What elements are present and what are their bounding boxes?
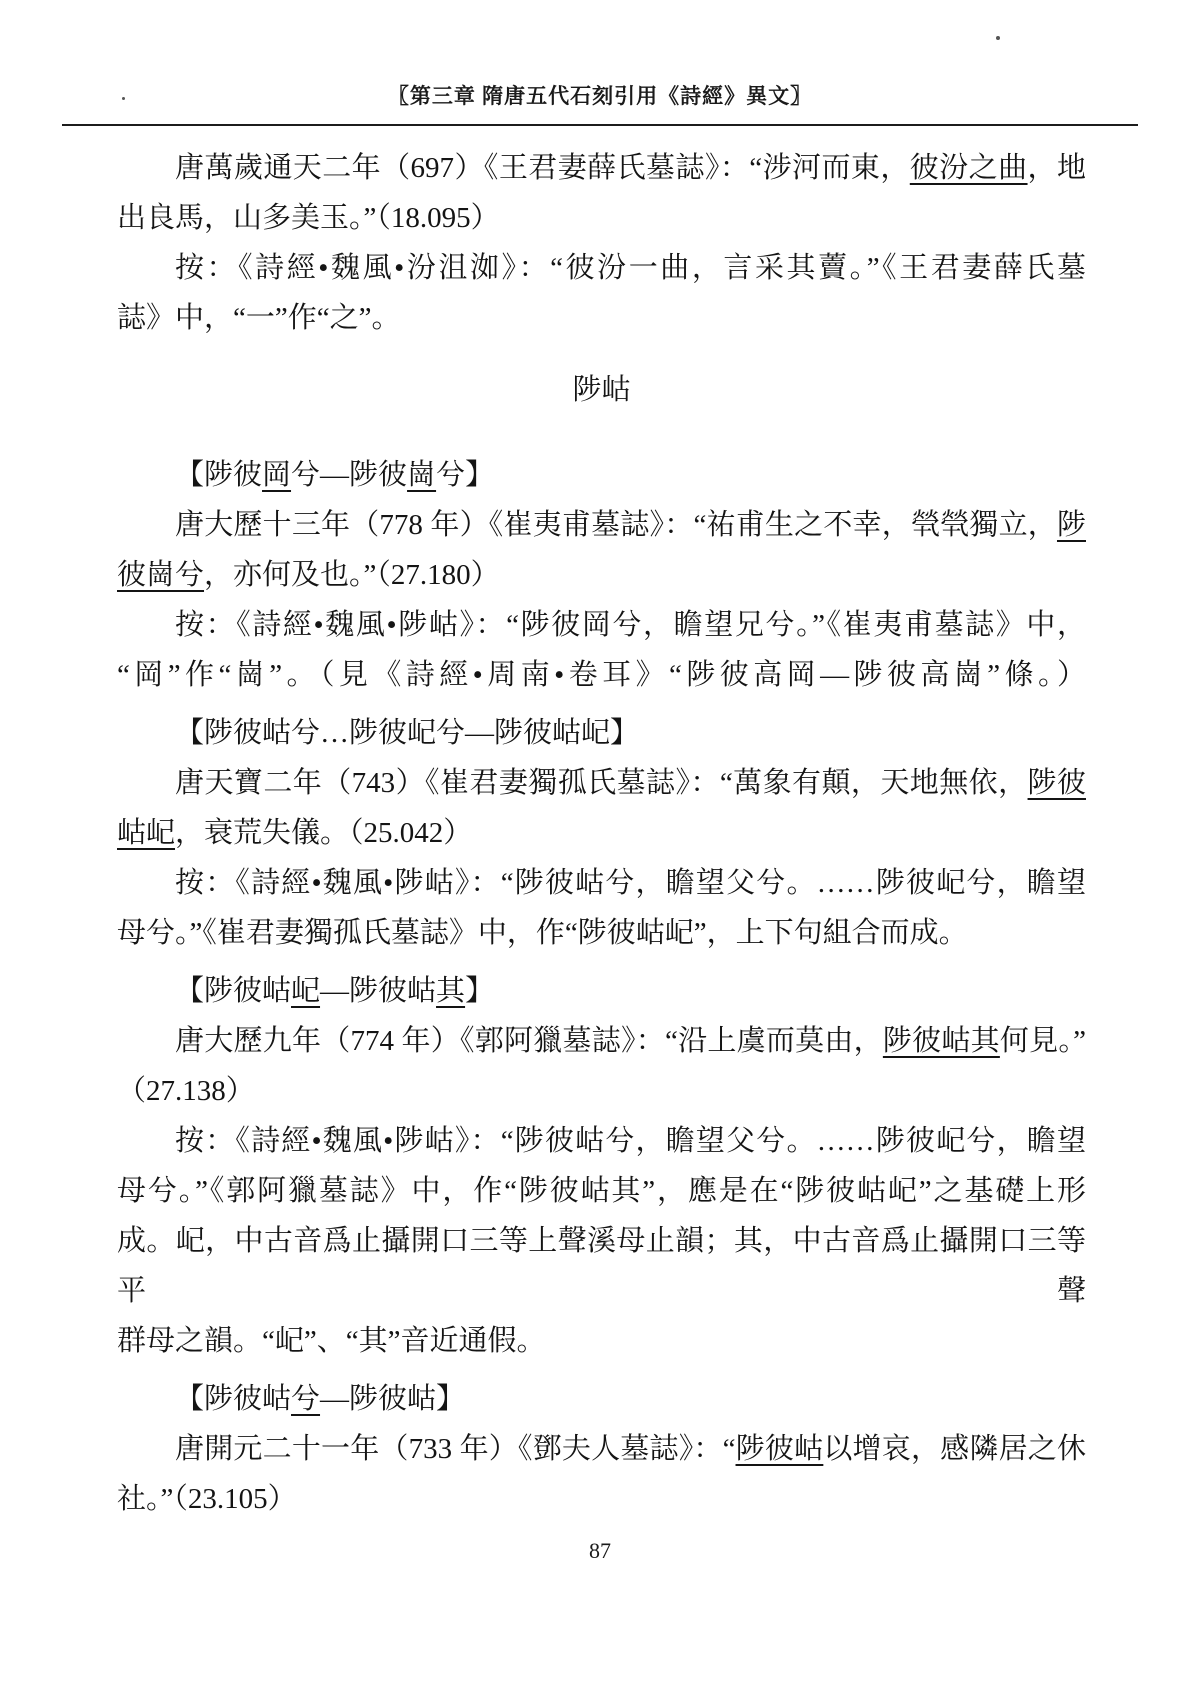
variant-heading: 【陟彼岡兮—陟彼崗兮】 <box>117 450 1086 500</box>
text-line: 彼崗兮，亦何及也。”（27.180） <box>117 550 1086 600</box>
scan-speck <box>996 36 1000 40</box>
text-segment: ，衰荒失儀。（25.042） <box>175 817 472 849</box>
underlined-segment: 崗 <box>407 459 436 491</box>
text-segment: “岡”作“崗”。（見《詩經•周南•卷耳》“陟彼高岡—陟彼高崗”條。） <box>117 659 1086 691</box>
text-segment: 社。”（23.105） <box>117 1483 297 1515</box>
text-line: 唐大歷九年（774 年）《郭阿獵墓誌》：“沿上虞而莫由，陟彼岵其何見。” <box>117 1016 1086 1066</box>
text-segment: 按：《詩經•魏風•陟岵》：“陟彼岡兮，瞻望兄兮。”《崔夷甫墓誌》中， <box>175 609 1086 641</box>
text-segment: 【陟彼岵 <box>175 975 291 1007</box>
text-segment: 唐天寶二年（743）《崔君妻獨孤氏墓誌》：“萬象有顛，天地無依， <box>175 767 1028 799</box>
text-segment: 按：《詩經•魏風•陟岵》：“陟彼岵兮，瞻望父兮。……陟彼屺兮，瞻望 <box>175 1125 1086 1157</box>
running-header-title: 〖第三章 隋唐五代石刻引用《詩經》異文〗 <box>0 80 1200 110</box>
text-segment: 出良馬，山多美玉。”（18.095） <box>117 202 500 234</box>
underlined-segment: 岵屺 <box>117 817 175 849</box>
text-line: 出良馬，山多美玉。”（18.095） <box>117 193 1086 243</box>
underlined-segment: 陟彼 <box>1028 767 1086 799</box>
text-line: 社。”（23.105） <box>117 1474 1086 1524</box>
text-segment: 【陟彼岵 <box>175 1383 291 1415</box>
text-line: 群母之韻。“屺”、“其”音近通假。 <box>117 1316 1086 1366</box>
text-segment: ，地 <box>1028 152 1086 184</box>
text-line: 按：《詩經•魏風•陟岵》：“陟彼岵兮，瞻望父兮。……陟彼屺兮，瞻望 <box>117 858 1086 908</box>
text-line: 母兮。”《郭阿獵墓誌》中，作“陟彼岵其”，應是在“陟彼岵屺”之基礎上形 <box>117 1166 1086 1216</box>
page-number: 87 <box>0 1538 1200 1564</box>
text-segment: —陟彼岵 <box>320 975 436 1007</box>
text-line: 唐開元二十一年（733 年）《鄧夫人墓誌》：“陟彼岵以增哀，感隣居之休 <box>117 1424 1086 1474</box>
text-segment: 成。屺，中古音爲止攝開口三等上聲溪母止韻；其，中古音爲止攝開口三等平聲 <box>117 1225 1086 1307</box>
text-segment: 唐萬歲通天二年（697）《王君妻薛氏墓誌》：“涉河而東， <box>175 152 910 184</box>
header-rule <box>62 124 1138 126</box>
text-line: 岵屺，衰荒失儀。（25.042） <box>117 808 1086 858</box>
text-segment: （27.138） <box>117 1075 255 1107</box>
text-line: 唐大歷十三年（778 年）《崔夷甫墓誌》：“祐甫生之不幸，煢煢獨立，陟 <box>117 500 1086 550</box>
underlined-segment: 彼汾之曲 <box>910 152 1028 184</box>
text-segment: 【陟彼岵兮…陟彼屺兮—陟彼岵屺】 <box>175 717 639 749</box>
text-segment: ，亦何及也。”（27.180） <box>204 559 500 591</box>
underlined-segment: 陟彼岵其 <box>883 1025 1000 1057</box>
variant-heading: 【陟彼岵兮—陟彼岵】 <box>117 1374 1086 1424</box>
text-line: （27.138） <box>117 1066 1086 1116</box>
text-segment: 何見。” <box>1000 1025 1086 1057</box>
text-segment: 】 <box>465 975 494 1007</box>
text-line: 母兮。”《崔君妻獨孤氏墓誌》中，作“陟彼岵屺”，上下句組合而成。 <box>117 908 1086 958</box>
underlined-segment: 岡 <box>262 459 291 491</box>
variant-heading: 【陟彼岵屺—陟彼岵其】 <box>117 966 1086 1016</box>
document-page: 〖第三章 隋唐五代石刻引用《詩經》異文〗 唐萬歲通天二年（697）《王君妻薛氏墓… <box>0 0 1200 1697</box>
text-segment: 【陟彼 <box>175 459 262 491</box>
underlined-segment: 其 <box>436 975 465 1007</box>
text-segment: 兮】 <box>436 459 494 491</box>
text-segment: 唐開元二十一年（733 年）《鄧夫人墓誌》：“ <box>175 1433 736 1465</box>
underlined-segment: 兮 <box>291 1383 320 1415</box>
text-segment: 以增哀，感隣居之休 <box>823 1433 1086 1465</box>
text-line: 成。屺，中古音爲止攝開口三等上聲溪母止韻；其，中古音爲止攝開口三等平聲 <box>117 1216 1086 1316</box>
text-segment: 兮—陟彼 <box>291 459 407 491</box>
section-heading: 陟岵 <box>117 365 1086 415</box>
text-line: 按：《詩經•魏風•汾沮洳》：“彼汾一曲，言采其藚。”《王君妻薛氏墓 <box>117 243 1086 293</box>
underlined-segment: 屺 <box>291 975 320 1007</box>
underlined-segment: 彼崗兮 <box>117 559 204 591</box>
text-segment: 陟岵 <box>572 374 630 406</box>
text-segment: 唐大歷九年（774 年）《郭阿獵墓誌》：“沿上虞而莫由， <box>175 1025 883 1057</box>
text-segment: 唐大歷十三年（778 年）《崔夷甫墓誌》：“祐甫生之不幸，煢煢獨立， <box>175 509 1057 541</box>
text-line: 唐天寶二年（743）《崔君妻獨孤氏墓誌》：“萬象有顛，天地無依，陟彼 <box>117 758 1086 808</box>
text-segment: 母兮。”《郭阿獵墓誌》中，作“陟彼岵其”，應是在“陟彼岵屺”之基礎上形 <box>117 1175 1086 1207</box>
document-body: 唐萬歲通天二年（697）《王君妻薛氏墓誌》：“涉河而東，彼汾之曲，地出良馬，山多… <box>117 143 1086 1524</box>
underlined-segment: 陟 <box>1057 509 1086 541</box>
text-segment: 按：《詩經•魏風•汾沮洳》：“彼汾一曲，言采其藚。”《王君妻薛氏墓 <box>175 252 1086 284</box>
text-line: “岡”作“崗”。（見《詩經•周南•卷耳》“陟彼高岡—陟彼高崗”條。） <box>117 650 1086 700</box>
text-line: 按：《詩經•魏風•陟岵》：“陟彼岡兮，瞻望兄兮。”《崔夷甫墓誌》中， <box>117 600 1086 650</box>
text-segment: —陟彼岵】 <box>320 1383 465 1415</box>
text-segment: 母兮。”《崔君妻獨孤氏墓誌》中，作“陟彼岵屺”，上下句組合而成。 <box>117 917 968 949</box>
underlined-segment: 陟彼岵 <box>736 1433 824 1465</box>
text-line: 按：《詩經•魏風•陟岵》：“陟彼岵兮，瞻望父兮。……陟彼屺兮，瞻望 <box>117 1116 1086 1166</box>
text-line: 誌》中，“一”作“之”。 <box>117 293 1086 343</box>
text-segment: 群母之韻。“屺”、“其”音近通假。 <box>117 1325 546 1357</box>
text-line: 唐萬歲通天二年（697）《王君妻薛氏墓誌》：“涉河而東，彼汾之曲，地 <box>117 143 1086 193</box>
text-segment: 誌》中，“一”作“之”。 <box>117 302 401 334</box>
variant-heading: 【陟彼岵兮…陟彼屺兮—陟彼岵屺】 <box>117 708 1086 758</box>
text-segment: 按：《詩經•魏風•陟岵》：“陟彼岵兮，瞻望父兮。……陟彼屺兮，瞻望 <box>175 867 1086 899</box>
